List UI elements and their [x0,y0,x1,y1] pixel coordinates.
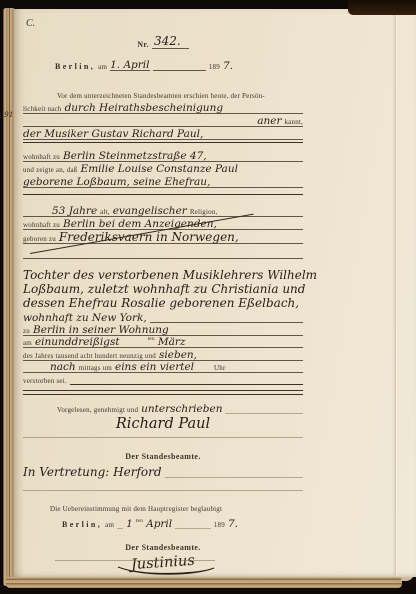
page-fold-line [395,9,396,577]
section-letter: C. [26,18,35,29]
birthplace-label: geboren zu [23,235,56,243]
separator-rule [23,194,303,195]
book-cover-corner [348,0,416,15]
read-approved-hw: unterschrieben [141,404,222,415]
intro-line-3-hw: aner [257,116,281,127]
death-month-hw: März [158,337,186,348]
residence-label: wohnhaft zu [23,153,60,161]
age-religion-line: 53 Jahre alt, evangelischer Religion, [23,203,303,217]
intro-line-1: Vor dem unterzeichneten Standesbeamten e… [57,87,303,100]
book-photo: 91 C. Nr. 342. Berlin, am 1. April 189 7… [0,0,416,594]
parents-line-3: dessen Ehefrau Rosalie geborenen Eßelbac… [23,295,303,309]
certification-dateline: Berlin, am 1 ten April 189 7. [62,514,238,529]
faint-rule [175,528,211,529]
death-time-line: nach mittags um eins ein viertel Uhr [23,359,303,373]
parents-line-4: wohnhaft zu New York, [23,309,303,323]
death-day-line: am einunddreißigst ten März [23,334,303,348]
death-time-hw: eins ein viertel [115,362,194,373]
certification-am: am [105,521,114,529]
deceased-name-line: und zeigte an, daß Emilie Louise Constan… [23,161,303,174]
deputy-signature-hw: In Vertretung: Herford [23,466,162,478]
record-number-label: Nr. [137,40,149,49]
faint-rule [117,528,123,529]
separator-rule [23,142,303,143]
residence-hw: Berlin Steinmetzstraße 47, [63,151,207,162]
religion-label: Religion, [190,208,218,216]
parents-line-1-hw: Tochter des verstorbenen Musiklehrers Wi… [23,269,317,281]
certification-year-hw: 7. [228,519,238,530]
intro-line-3: aner kannt, [23,113,303,127]
signature-flourish-icon [114,561,224,577]
intro-line-2-printed: lichkeit nach [23,105,62,113]
registrar-label-1: Der Standesbeamte. [23,448,303,461]
intro-line-1-text: Vor dem unterzeichneten Standesbeamten e… [57,92,265,100]
record-number-value: 342. [152,35,189,49]
closing-rule [70,384,303,385]
certification-city: Berlin, [62,520,102,529]
parents-line-1: Tochter des verstorbenen Musiklehrers Wi… [23,267,303,281]
closing-text: verstorben sei. [23,377,67,385]
deputy-signature-line: In Vertretung: Herford [23,461,303,478]
declarant-name-line: der Musiker Gustav Richard Paul, [23,126,303,140]
read-approved-line: Vorgelesen, genehmigt und unterschrieben [57,401,303,414]
closing-line: verstorben sei. [23,372,303,385]
certification-line: Die Uebereinstimmung mit dem Hauptregist… [50,500,302,513]
dateline-rule [153,70,206,71]
declarant-signature: Richard Paul [23,414,303,431]
dateline-year-hw: 7. [223,61,233,72]
dateline-city: Berlin, [55,62,95,71]
certification-day-suffix: ten [136,518,143,524]
dateline: Berlin, am 1. April 189 7. [55,56,233,71]
deceased-name-hw: Emilie Louise Constanze Paul [81,164,238,175]
intro-line-2: lichkeit nach durch Heirathsbescheinigun… [23,100,303,114]
register-page: C. Nr. 342. Berlin, am 1. April 189 7. V… [14,9,416,577]
death-day-label: am [23,339,32,347]
religion-hw: evangelischer [113,206,187,217]
maiden-name-line: geborene Loßbaum, seine Ehefrau, [23,174,303,188]
death-time-unit: Uhr [214,364,226,372]
parents-line-2: Loßbaum, zuletzt wohnhaft zu Christiania… [23,281,303,295]
page-stack-left-edge [3,8,14,586]
registrar-label-1-text: Der Standesbeamte. [125,452,201,461]
dateline-date: 1. April [110,60,149,72]
maiden-name-hw: geborene Loßbaum, seine Ehefrau, [23,177,210,188]
record-number: Nr. 342. [23,33,303,49]
declarant-residence-line: wohnhaft zu Berlin Steinmetzstraße 47, [23,148,303,162]
dateline-am: am [98,63,107,71]
parents-line-2-hw: Loßbaum, zuletzt wohnhaft zu Christiania… [23,283,305,295]
dateline-year-printed: 189 [209,63,220,71]
death-time-printed: mittags um [79,364,112,372]
declarant-name-hw: der Musiker Gustav Richard Paul, [23,129,203,140]
death-day-suffix: ten [148,336,155,342]
age-label: alt, [100,208,110,216]
faint-rule [23,437,303,438]
certification-day-hw: 1 [126,519,133,530]
certification-text: Die Uebereinstimmung mit dem Hauptregist… [50,505,222,513]
page-stack-bottom-edge [6,577,402,588]
read-approved-printed: Vorgelesen, genehmigt und [57,406,138,414]
parents-line-3-hw: dessen Ehefrau Rosalie geborenen Eßelbac… [23,297,299,309]
announce-label: und zeigte an, daß [23,166,78,174]
certification-year-printed: 189 [214,521,225,529]
death-day-hw: einunddreißigst [35,337,120,348]
intro-line-3-printed: kannt, [284,118,303,126]
death-time-prefix-hw: nach [50,362,76,373]
double-separator-rule [23,390,303,395]
declarant-signature-hw: Richard Paul [116,417,210,432]
faint-rule [165,477,303,478]
intro-line-2-hw: durch Heirathsbescheinigung [65,103,224,114]
age-hw: 53 Jahre [52,206,97,217]
margin-mark: 91 [4,110,14,119]
certification-month-hw: April [146,519,172,530]
faint-rule [23,490,303,491]
